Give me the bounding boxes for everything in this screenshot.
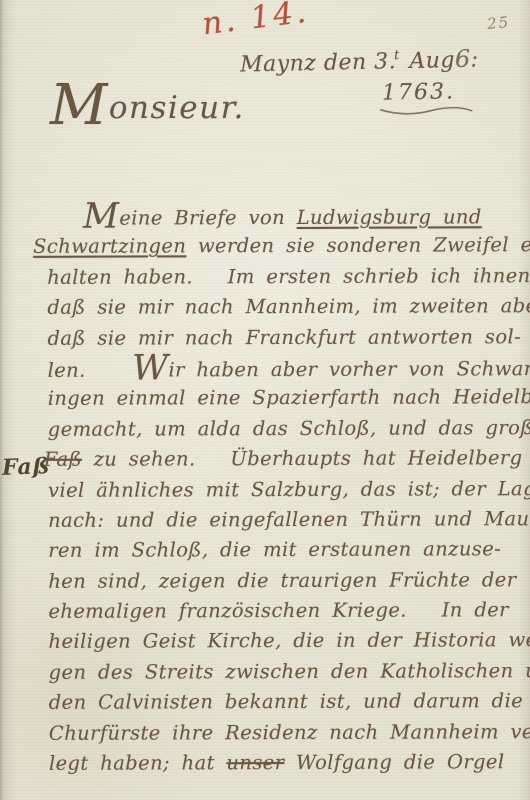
handwritten-text: viel ähnliches mit Salzburg, das ist; de…: [48, 477, 530, 502]
handwritten-text: werden sie sonderen Zweifel er-: [186, 233, 530, 257]
text-line: ehemaligen französischen Kriege. In der: [48, 595, 522, 627]
text-line: gemacht, um alda das Schloß, und das gro…: [48, 413, 522, 445]
year-text: 1763.: [382, 79, 455, 105]
text-line: legt haben; hat unser Wolfgang die Orgel: [49, 747, 523, 779]
handwritten-text: M: [83, 197, 119, 237]
handwritten-text: nach: und die eingefallenen Thürn und Ma…: [48, 507, 530, 532]
text-line: Meine Briefe von Ludwigsburg und: [47, 200, 521, 232]
handwritten-text: zu sehen. Überhaupts hat Heidelberg: [82, 446, 523, 471]
dateline-place-date: Maynz den 3.: [240, 49, 397, 77]
archive-number-red: n. 14.: [200, 0, 311, 42]
text-line: gen des Streits zwischen den Katholische…: [49, 656, 523, 688]
letter-body: Meine Briefe von Ludwigsburg undSchwartz…: [47, 200, 523, 779]
text-line: nach: und die eingefallenen Thürn und Ma…: [48, 504, 522, 536]
dateline-superscript: t: [394, 48, 400, 63]
handwritten-text: legt haben; hat: [49, 751, 227, 775]
underlined-text: Schwartzingen: [33, 235, 186, 259]
struck-text: unser: [226, 751, 284, 774]
underlined-text: Ludwigsburg und: [297, 205, 482, 229]
text-line: Churfürste ihre Residenz nach Mannheim v…: [49, 717, 523, 749]
handwritten-text: Churfürste ihre Residenz nach Mannheim v…: [49, 720, 530, 745]
handwritten-text: Wolfgang die Orgel: [284, 750, 504, 774]
text-line: halten haben. Im ersten schrieb ich ihne…: [47, 261, 521, 293]
handwritten-text: daß sie mir nach Franckfurt antworten so…: [47, 325, 521, 350]
handwritten-text: den Calvinisten bekannt ist, und darum d…: [49, 689, 523, 714]
salutation: Monsieur.: [50, 90, 245, 126]
year-flourish-swash: [378, 103, 474, 119]
text-line: daß sie mir nach Franckfurt antworten so…: [47, 322, 521, 354]
text-line: heiligen Geist Kirche, die in der Histor…: [48, 626, 522, 658]
dateline-month: Aug: [402, 48, 456, 74]
handwritten-text: gen des Streits zwischen den Katholische…: [49, 659, 530, 684]
salutation-initial: M: [50, 73, 109, 138]
folio-number: 25: [486, 13, 511, 33]
manuscript-page: n. 14. 25 Maynz den 3.t Aug6: 1763. Mons…: [0, 0, 530, 800]
handwritten-text: ingen einmal eine Spazierfarth nach Heid…: [48, 385, 530, 410]
handwritten-text: ehemaligen französischen Kriege. In der: [48, 598, 509, 623]
handwritten-text: gemacht, um alda das Schloß, und das gro…: [48, 416, 530, 441]
handwritten-text: hen sind, zeigen die traurigen Früchte d…: [48, 568, 516, 593]
text-line: len. Wir haben aber vorher von Schwartz-: [48, 352, 522, 384]
handwritten-text: eine Briefe von: [119, 206, 296, 230]
handwritten-text: W: [132, 348, 169, 388]
text-line: Schwartzingen werden sie sonderen Zweife…: [33, 231, 521, 263]
handwritten-text: daß sie mir nach Mannheim, im zweiten ab…: [47, 294, 530, 319]
text-line: daß sie mir nach Mannheim, im zweiten ab…: [47, 291, 521, 323]
struck-text: Faß: [44, 448, 82, 471]
text-line: Faß zu sehen. Überhaupts hat Heidelberg: [44, 443, 522, 475]
salutation-rest: onsieur.: [109, 90, 245, 126]
handwritten-text: ir haben aber vorher von Schwartz-: [168, 357, 530, 381]
handwritten-text: halten haben. Im ersten schrieb ich ihne…: [47, 264, 530, 289]
dateline: Maynz den 3.t Aug6:: [240, 45, 479, 78]
handwritten-text: heiligen Geist Kirche, die in der Histor…: [48, 629, 530, 654]
handwritten-text: ren im Schloß, die mit erstaunen anzuse-: [48, 538, 501, 563]
handwritten-text: len.: [48, 358, 133, 381]
text-line: ingen einmal eine Spazierfarth nach Heid…: [48, 383, 522, 415]
year-line: 1763.: [382, 79, 455, 105]
text-line: ren im Schloß, die mit erstaunen anzuse-: [48, 534, 522, 566]
text-line: hen sind, zeigen die traurigen Früchte d…: [48, 565, 522, 597]
text-line: viel ähnliches mit Salzburg, das ist; de…: [48, 474, 522, 506]
dateline-flourish: 6:: [455, 45, 479, 73]
text-line: den Calvinisten bekannt ist, und darum d…: [49, 686, 523, 718]
